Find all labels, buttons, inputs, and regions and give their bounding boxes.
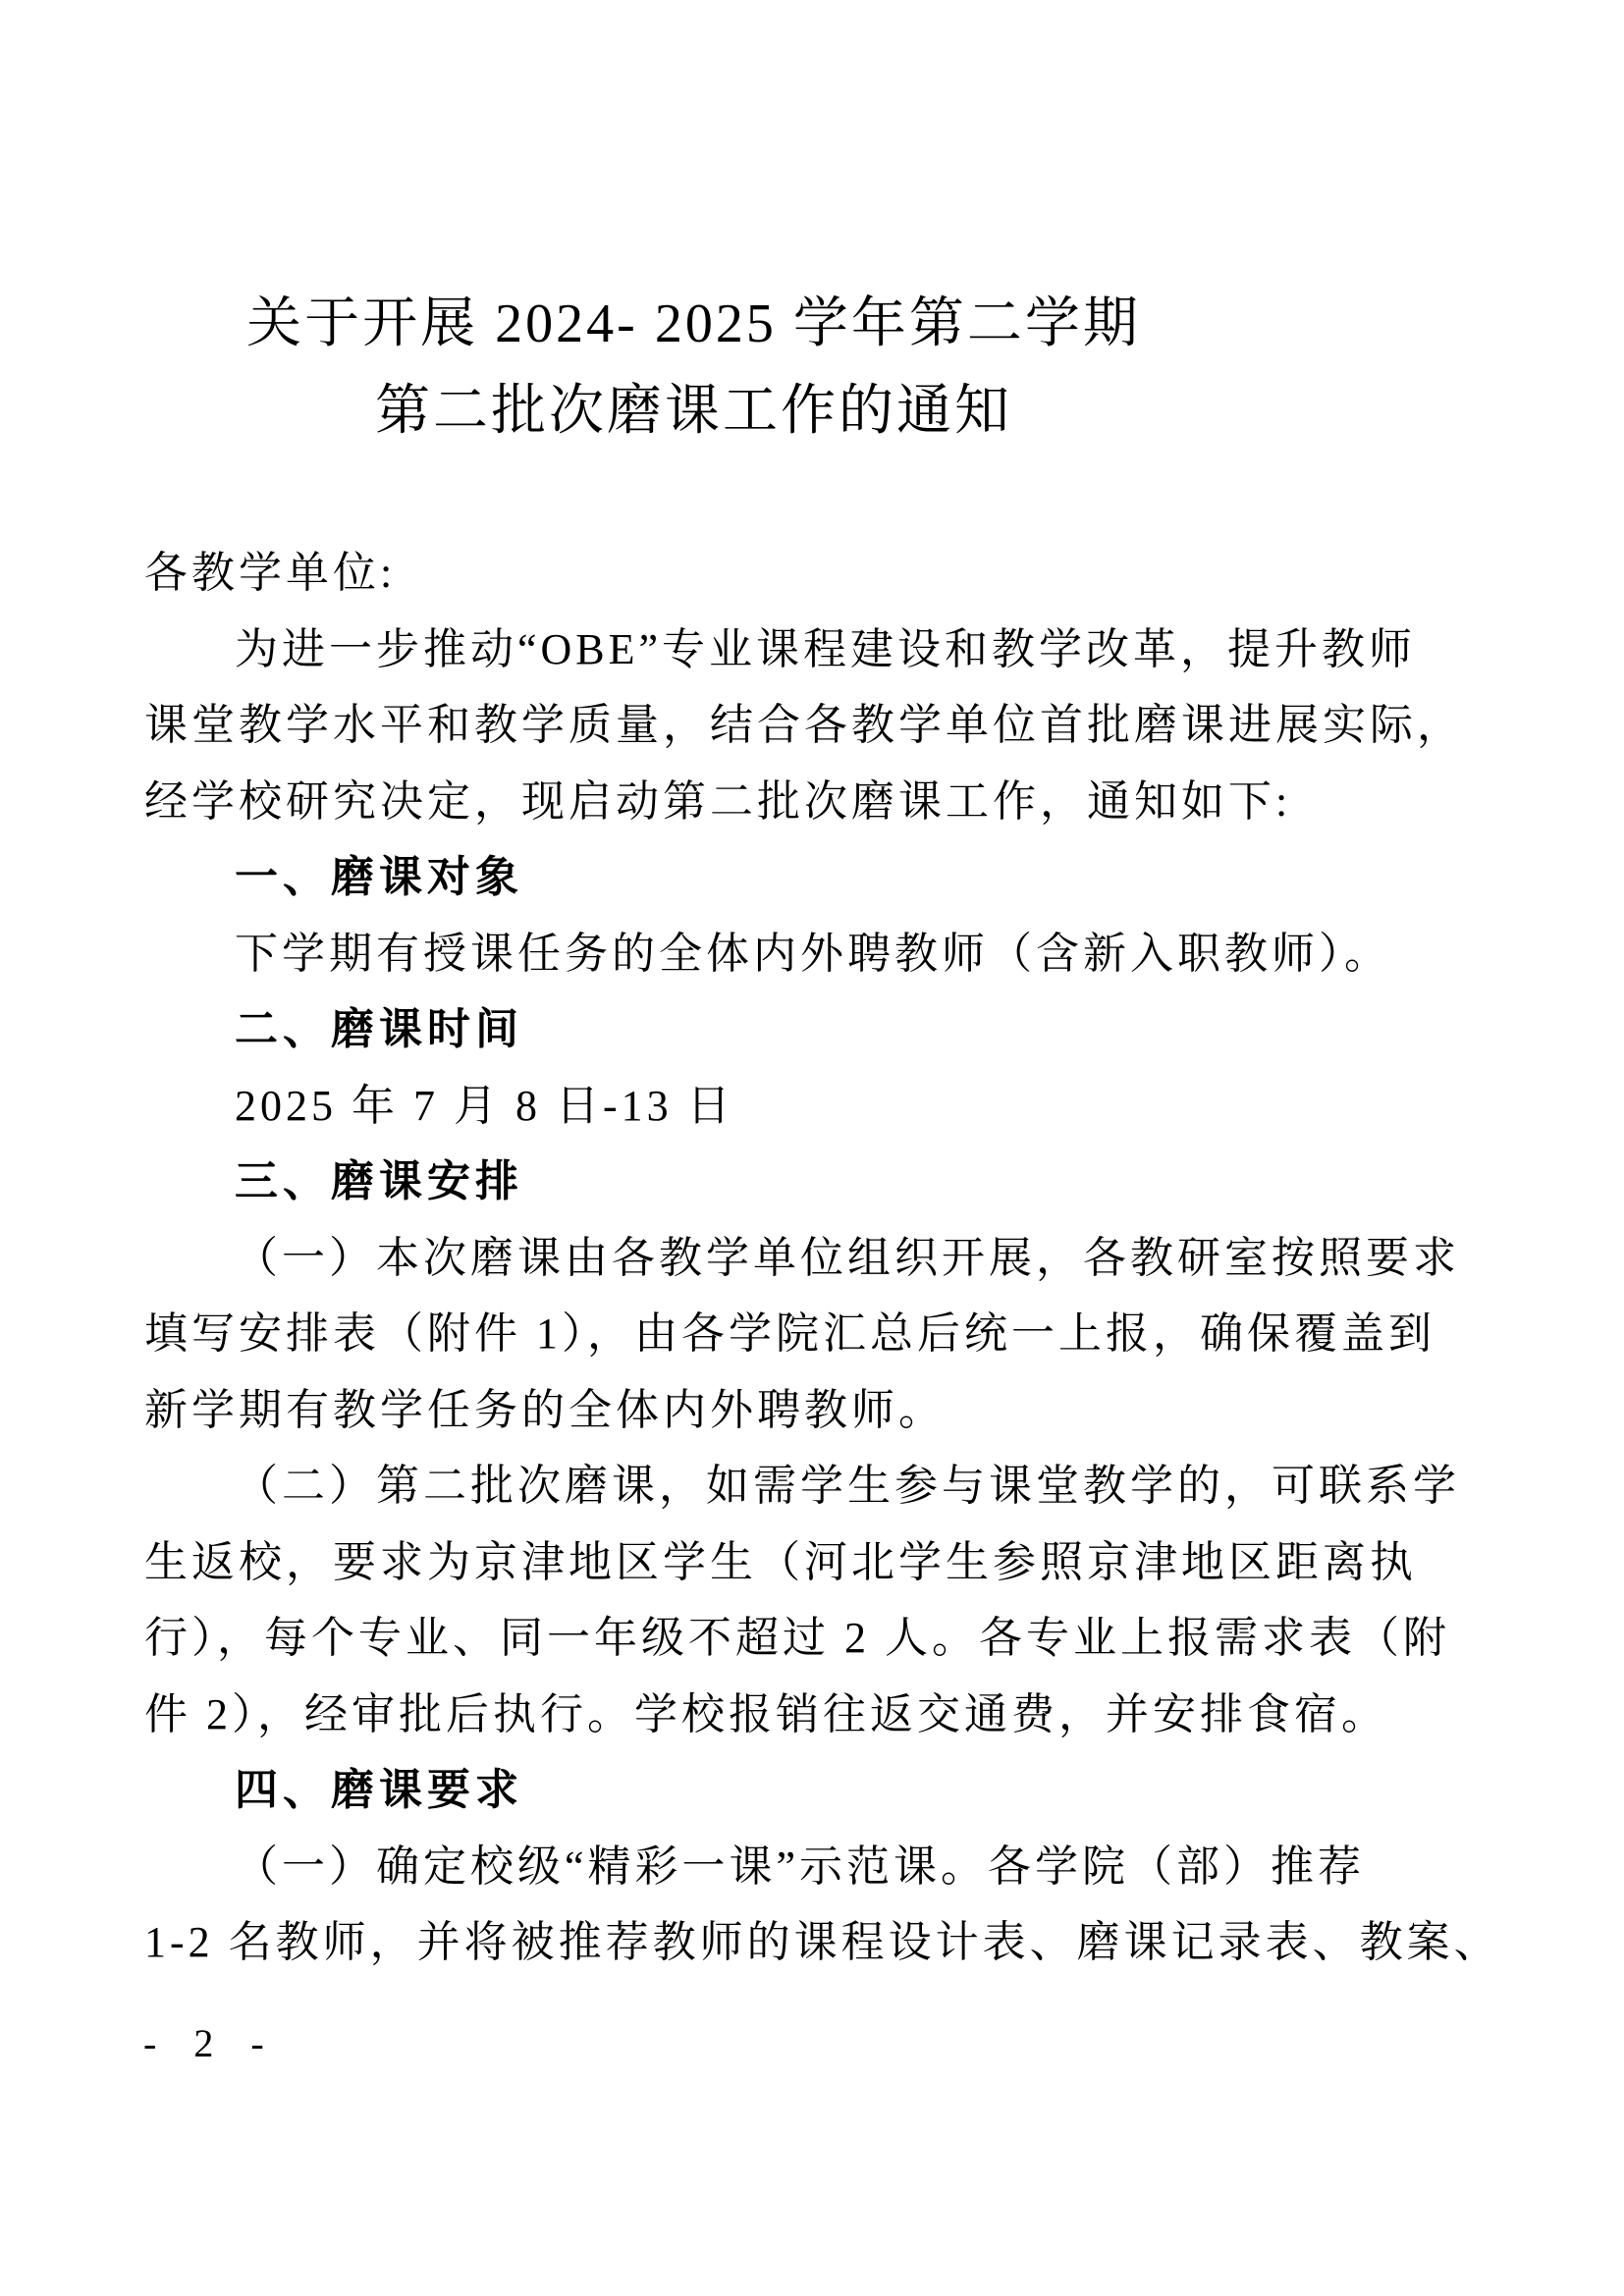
body-line: 下学期有授课任务的全体内外聘教师（含新入职教师）。 — [144, 916, 1494, 992]
body-line: （一）本次磨课由各教学单位组织开展，各教研室按照要求 — [144, 1220, 1494, 1297]
body-line: 行），每个专业、同一年级不超过 2 人。各专业上报需求表（附 — [144, 1600, 1494, 1677]
body-line: 经学校研究决定，现启动第二批次磨课工作，通知如下: — [144, 764, 1494, 840]
body-line: 各教学单位: — [144, 535, 1494, 612]
body-line: （一）确定校级“精彩一课”示范课。各学院（部）推荐 — [144, 1829, 1494, 1905]
document-body: 各教学单位:为进一步推动“OBE”专业课程建设和教学改革，提升教师课堂教学水平和… — [144, 535, 1494, 1981]
page-number: - 2 - — [143, 2020, 278, 2066]
body-line: 填写安排表（附件 1），由各学院汇总后统一上报，确保覆盖到 — [144, 1296, 1494, 1372]
body-line: 为进一步推动“OBE”专业课程建设和教学改革，提升教师 — [144, 612, 1494, 688]
document-page: 关于开展 2024- 2025 学年第二学期 第二批次磨课工作的通知 各教学单位… — [0, 0, 1624, 2296]
title-line-1: 关于开展 2024- 2025 学年第二学期 — [0, 281, 1387, 368]
body-line: （二）第二批次磨课，如需学生参与课堂教学的，可联系学 — [144, 1448, 1494, 1524]
body-line: 件 2），经审批后执行。学校报销往返交通费，并安排食宿。 — [144, 1677, 1494, 1753]
body-line: 生返校，要求为京津地区学生（河北学生参照京津地区距离执 — [144, 1524, 1494, 1601]
body-line: 1-2 名教师，并将被推荐教师的课程设计表、磨课记录表、教案、 — [144, 1904, 1494, 1981]
body-line: 2025 年 7 月 8 日-13 日 — [144, 1068, 1494, 1145]
section-heading: 一、磨课对象 — [144, 839, 1494, 916]
body-line: 新学期有教学任务的全体内外聘教师。 — [144, 1372, 1494, 1449]
body-line: 课堂教学水平和教学质量，结合各教学单位首批磨课进展实际， — [144, 687, 1494, 764]
section-heading: 二、磨课时间 — [144, 991, 1494, 1068]
section-heading: 三、磨课安排 — [144, 1144, 1494, 1220]
title-line-2: 第二批次磨课工作的通知 — [0, 368, 1387, 455]
section-heading: 四、磨课要求 — [144, 1752, 1494, 1829]
document-title: 关于开展 2024- 2025 学年第二学期 第二批次磨课工作的通知 — [0, 281, 1387, 455]
